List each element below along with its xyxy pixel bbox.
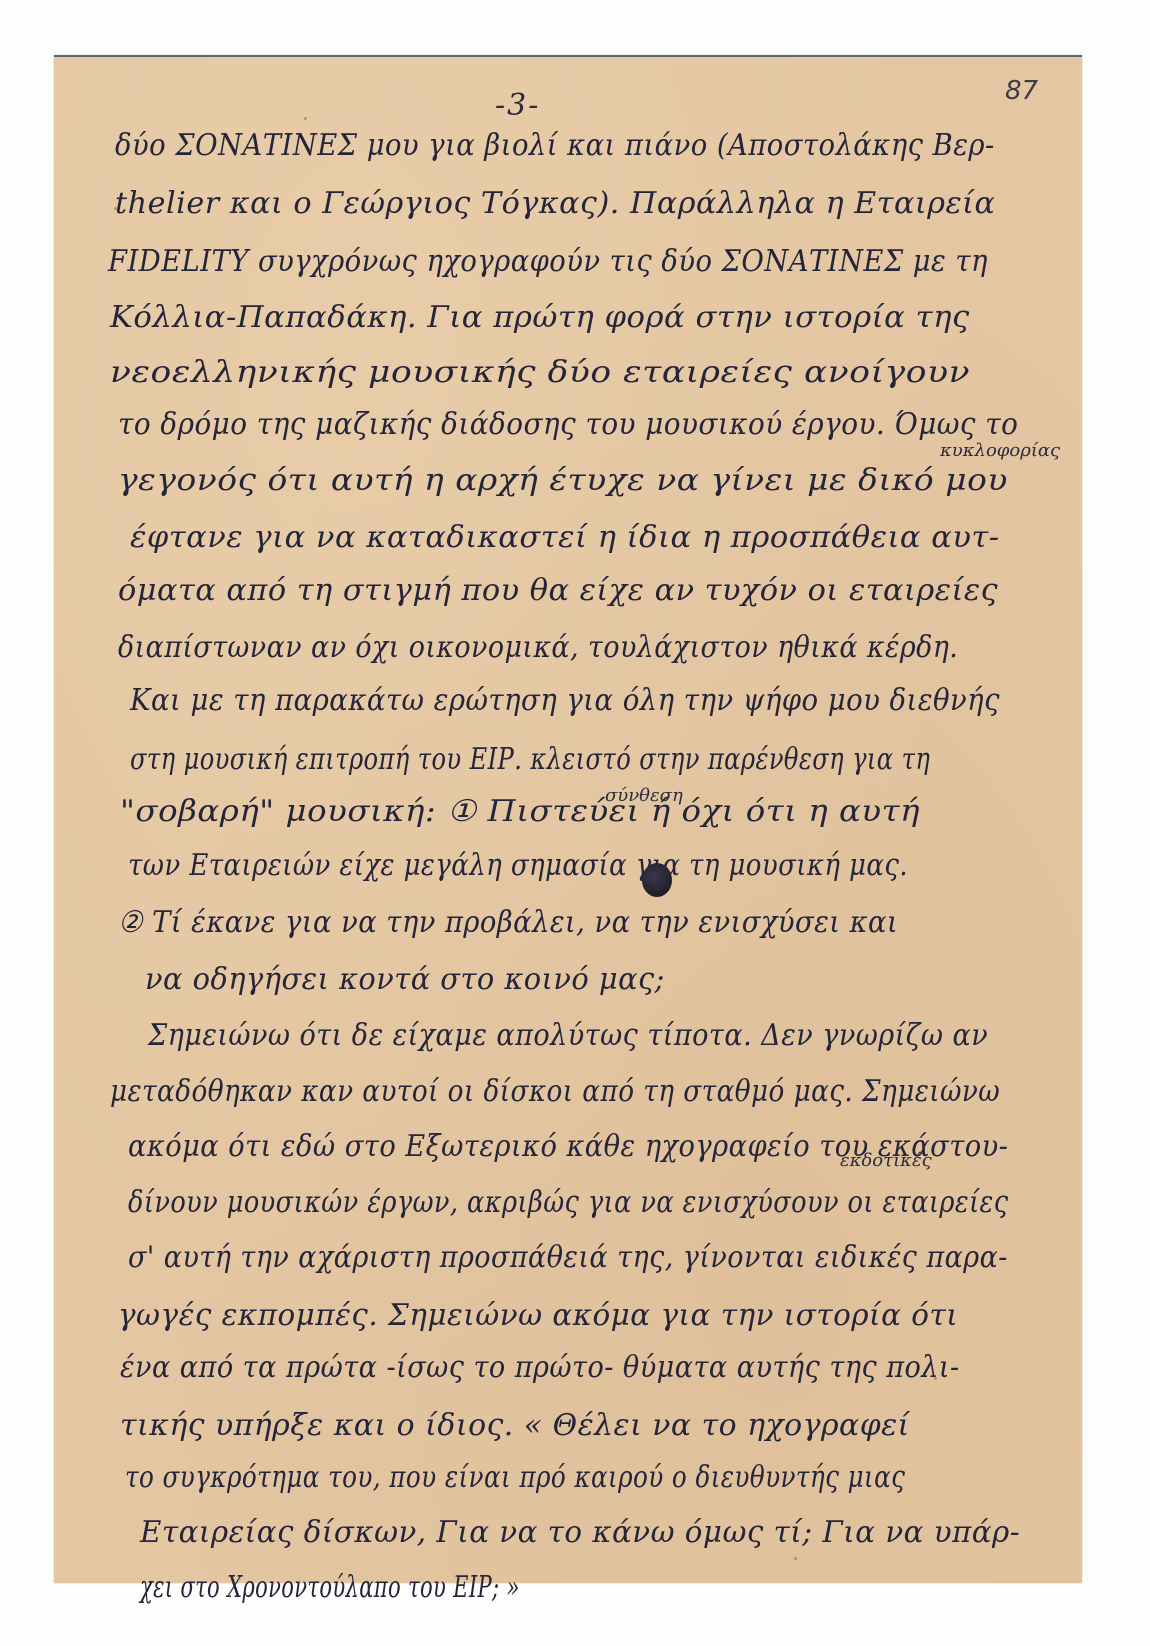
handwritten-line: thelier και ο Γεώργιος Τόγκας). Παράλληλ… (115, 186, 995, 221)
handwritten-line: ένα από τα πρώτα -ίσως το πρώτο- θύματα … (120, 1350, 960, 1385)
handwritten-line: δίνουν μουσικών έργων, ακριβώς για να εν… (128, 1185, 1009, 1220)
handwritten-line: διαπίστωναν αν όχι οικονομικά, τουλάχιστ… (118, 630, 958, 665)
handwritten-line: όματα από τη στιγμή που θα είχε αν τυχόν… (118, 573, 998, 608)
ink-blot (642, 863, 672, 897)
handwritten-line: Κόλλια-Παπαδάκη. Για πρώτη φορά στην ιστ… (110, 300, 970, 335)
paper-speck (794, 1557, 797, 1560)
interlinear-insertion: κυκλοφορίας (940, 440, 1060, 461)
handwritten-line: Σημειώνω ότι δε είχαμε απολύτως τίποτα. … (148, 1018, 988, 1053)
page-number: -3- (495, 88, 540, 123)
handwritten-line: FIDELITY συγχρόνως ηχογραφούν τις δύο ΣΟ… (108, 244, 988, 279)
handwritten-line: Και με τη παρακάτω ερώτηση για όλη την ψ… (130, 683, 1000, 718)
handwritten-line: έφτανε για να καταδικαστεί η ίδια η προσ… (130, 520, 1000, 555)
handwritten-line: γεγονός ότι αυτή η αρχή έτυχε να γίνει μ… (118, 463, 1008, 498)
handwritten-line: τικής υπήρξε και ο ίδιος. « Θέλει να το … (120, 1408, 910, 1443)
handwritten-line: Εταιρείας δίσκων, Για να το κάνω όμως τί… (140, 1515, 1020, 1550)
handwritten-line: σ' αυτή την αχάριστη προσπάθειά της, γίν… (128, 1240, 1008, 1275)
handwritten-line: μεταδόθηκαν καν αυτοί οι δίσκοι από τη σ… (110, 1074, 1000, 1109)
handwritten-line: νεοελληνικής μουσικής δύο εταιρείες ανοί… (110, 355, 970, 390)
handwritten-line: χει στο Χρονοντούλαπο του ΕΙΡ; » (140, 1570, 520, 1605)
folio-number: 87 (1005, 76, 1038, 106)
handwritten-line: στη μουσική επιτροπή του ΕΙΡ. κλειστό στ… (130, 742, 930, 777)
handwritten-line: γωγές εκπομπές. Σημειώνω ακόμα για την ι… (118, 1298, 958, 1333)
interlinear-insertion: σύνθεση (605, 785, 683, 806)
handwritten-line: το δρόμο της μαζικής διάδοσης του μουσικ… (118, 407, 1018, 442)
handwritten-line: το συγκρότημα του, που είναι πρό καιρού … (125, 1460, 905, 1495)
handwritten-line: ② Τί έκανε για να την προβάλει, να την ε… (118, 905, 898, 940)
interlinear-insertion: εκδοτικές (840, 1150, 932, 1171)
paper-speck (304, 117, 307, 120)
handwritten-line: των Εταιρειών είχε μεγάλη σημασία για τη… (128, 848, 908, 883)
handwritten-line: να οδηγήσει κοντά στο κοινό μας; (145, 962, 665, 997)
handwritten-line: δύο ΣΟΝΑΤΙΝΕΣ μου για βιολί και πιάνο (Α… (115, 128, 995, 163)
handwritten-line: "σοβαρή" μουσική: ① Πιστεύει ή όχι ότι η… (120, 794, 920, 829)
